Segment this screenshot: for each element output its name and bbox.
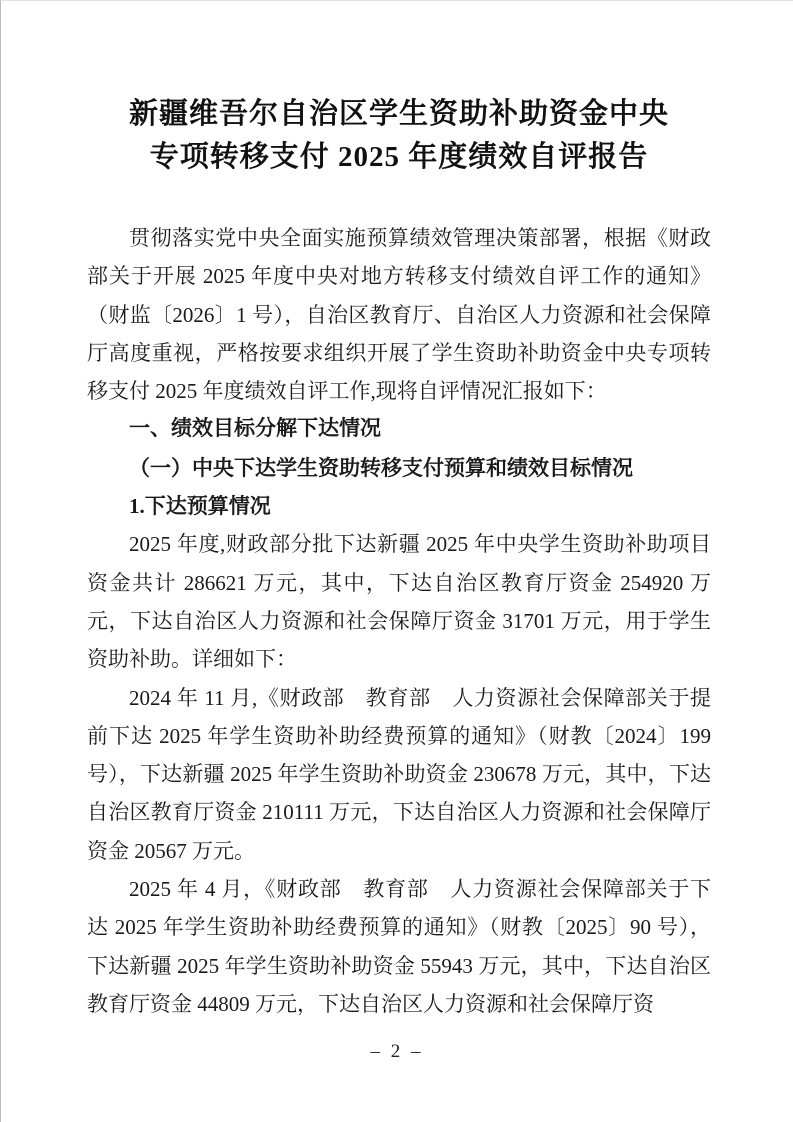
page-number: – 2 – [1,1041,793,1063]
notice-2024-paragraph: 2024 年 11 月,《财政部 教育部 人力资源社会保障部关于提前下达 202… [87,679,711,870]
intro-paragraph: 贯彻落实党中央全面实施预算绩效管理决策部署，根据《财政部关于开展 2025 年度… [87,219,711,410]
budget-summary-paragraph: 2025 年度,财政部分批下达新疆 2025 年中央学生资助补助项目资金共计 2… [87,525,711,678]
document-title-line1: 新疆维吾尔自治区学生资助补助资金中央 [87,93,711,136]
item-1-heading: 1.下达预算情况 [87,487,711,525]
document-title: 新疆维吾尔自治区学生资助补助资金中央 专项转移支付 2025 年度绩效自评报告 [87,93,711,179]
document-page: 新疆维吾尔自治区学生资助补助资金中央 专项转移支付 2025 年度绩效自评报告 … [0,0,793,1122]
section-1-heading: 一、绩效目标分解下达情况 [87,410,711,448]
subsection-1-heading: （一）中央下达学生资助转移支付预算和绩效目标情况 [87,449,711,487]
document-body: 贯彻落实党中央全面实施预算绩效管理决策部署，根据《财政部关于开展 2025 年度… [87,219,711,1023]
document-title-line2: 专项转移支付 2025 年度绩效自评报告 [87,136,711,179]
notice-2025-paragraph: 2025 年 4 月，《财政部 教育部 人力资源社会保障部关于下达 2025 年… [87,870,711,1023]
